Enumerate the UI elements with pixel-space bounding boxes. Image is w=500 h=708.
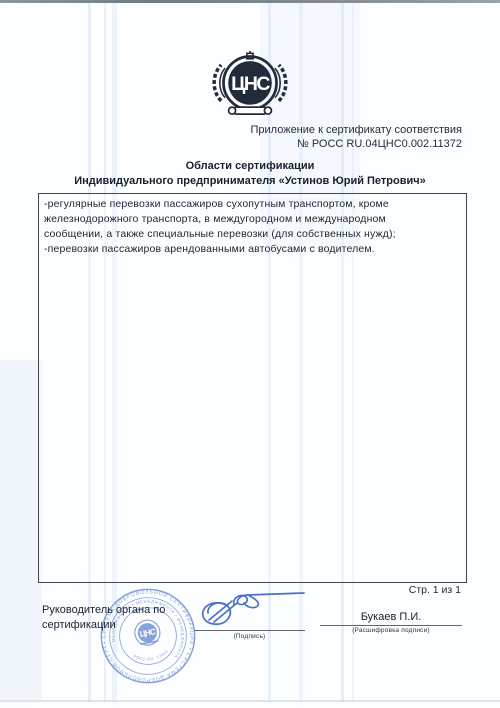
signatory-name: Букаев П.И. [320, 611, 462, 626]
scan-bottom-edge [0, 700, 500, 702]
round-stamp: • СИСТЕМА ДОБРОВОЛЬНОЙ СЕРТИФИКАЦИИ • СИ… [88, 578, 208, 695]
certification-body-logo: ЦНС [211, 51, 289, 118]
signature-line [194, 630, 305, 631]
signatory-name-caption: (Расшифровка подписи) [320, 627, 462, 634]
appendix-reference: Приложение к сертификату соответствия № … [251, 124, 463, 151]
scope-item: -регулярные перевозки пассажиров сухопут… [44, 197, 424, 242]
certificate-number: № РОСС RU.04ЦНС0.002.11372 [251, 138, 463, 152]
scope-item: -перевозки пассажиров арендованными авто… [44, 242, 424, 257]
signatory-role-label: Руководитель органа по сертификации [42, 603, 202, 633]
certification-scope-box: -регулярные перевозки пассажиров сухопут… [38, 193, 467, 583]
appendix-line1: Приложение к сертификату соответствия [251, 124, 463, 138]
logo-monogram: ЦНС [231, 73, 270, 95]
signature-caption: (Подпись) [194, 633, 305, 640]
handwritten-signature [196, 589, 308, 633]
page-counter: Стр. 1 из 1 [409, 584, 461, 596]
signatory-name-block: Букаев П.И. (Расшифровка подписи) [320, 611, 462, 634]
scan-top-edge [0, 0, 500, 3]
title-line1: Области сертификации [0, 159, 500, 174]
certificate-appendix-page: ЦНС Приложение к сертификату соответстви… [0, 0, 500, 708]
title-line2: Индивидуального предпринимателя «Устинов… [0, 174, 500, 189]
document-title: Области сертификации Индивидуального пре… [0, 159, 500, 189]
scan-wash [0, 360, 42, 700]
